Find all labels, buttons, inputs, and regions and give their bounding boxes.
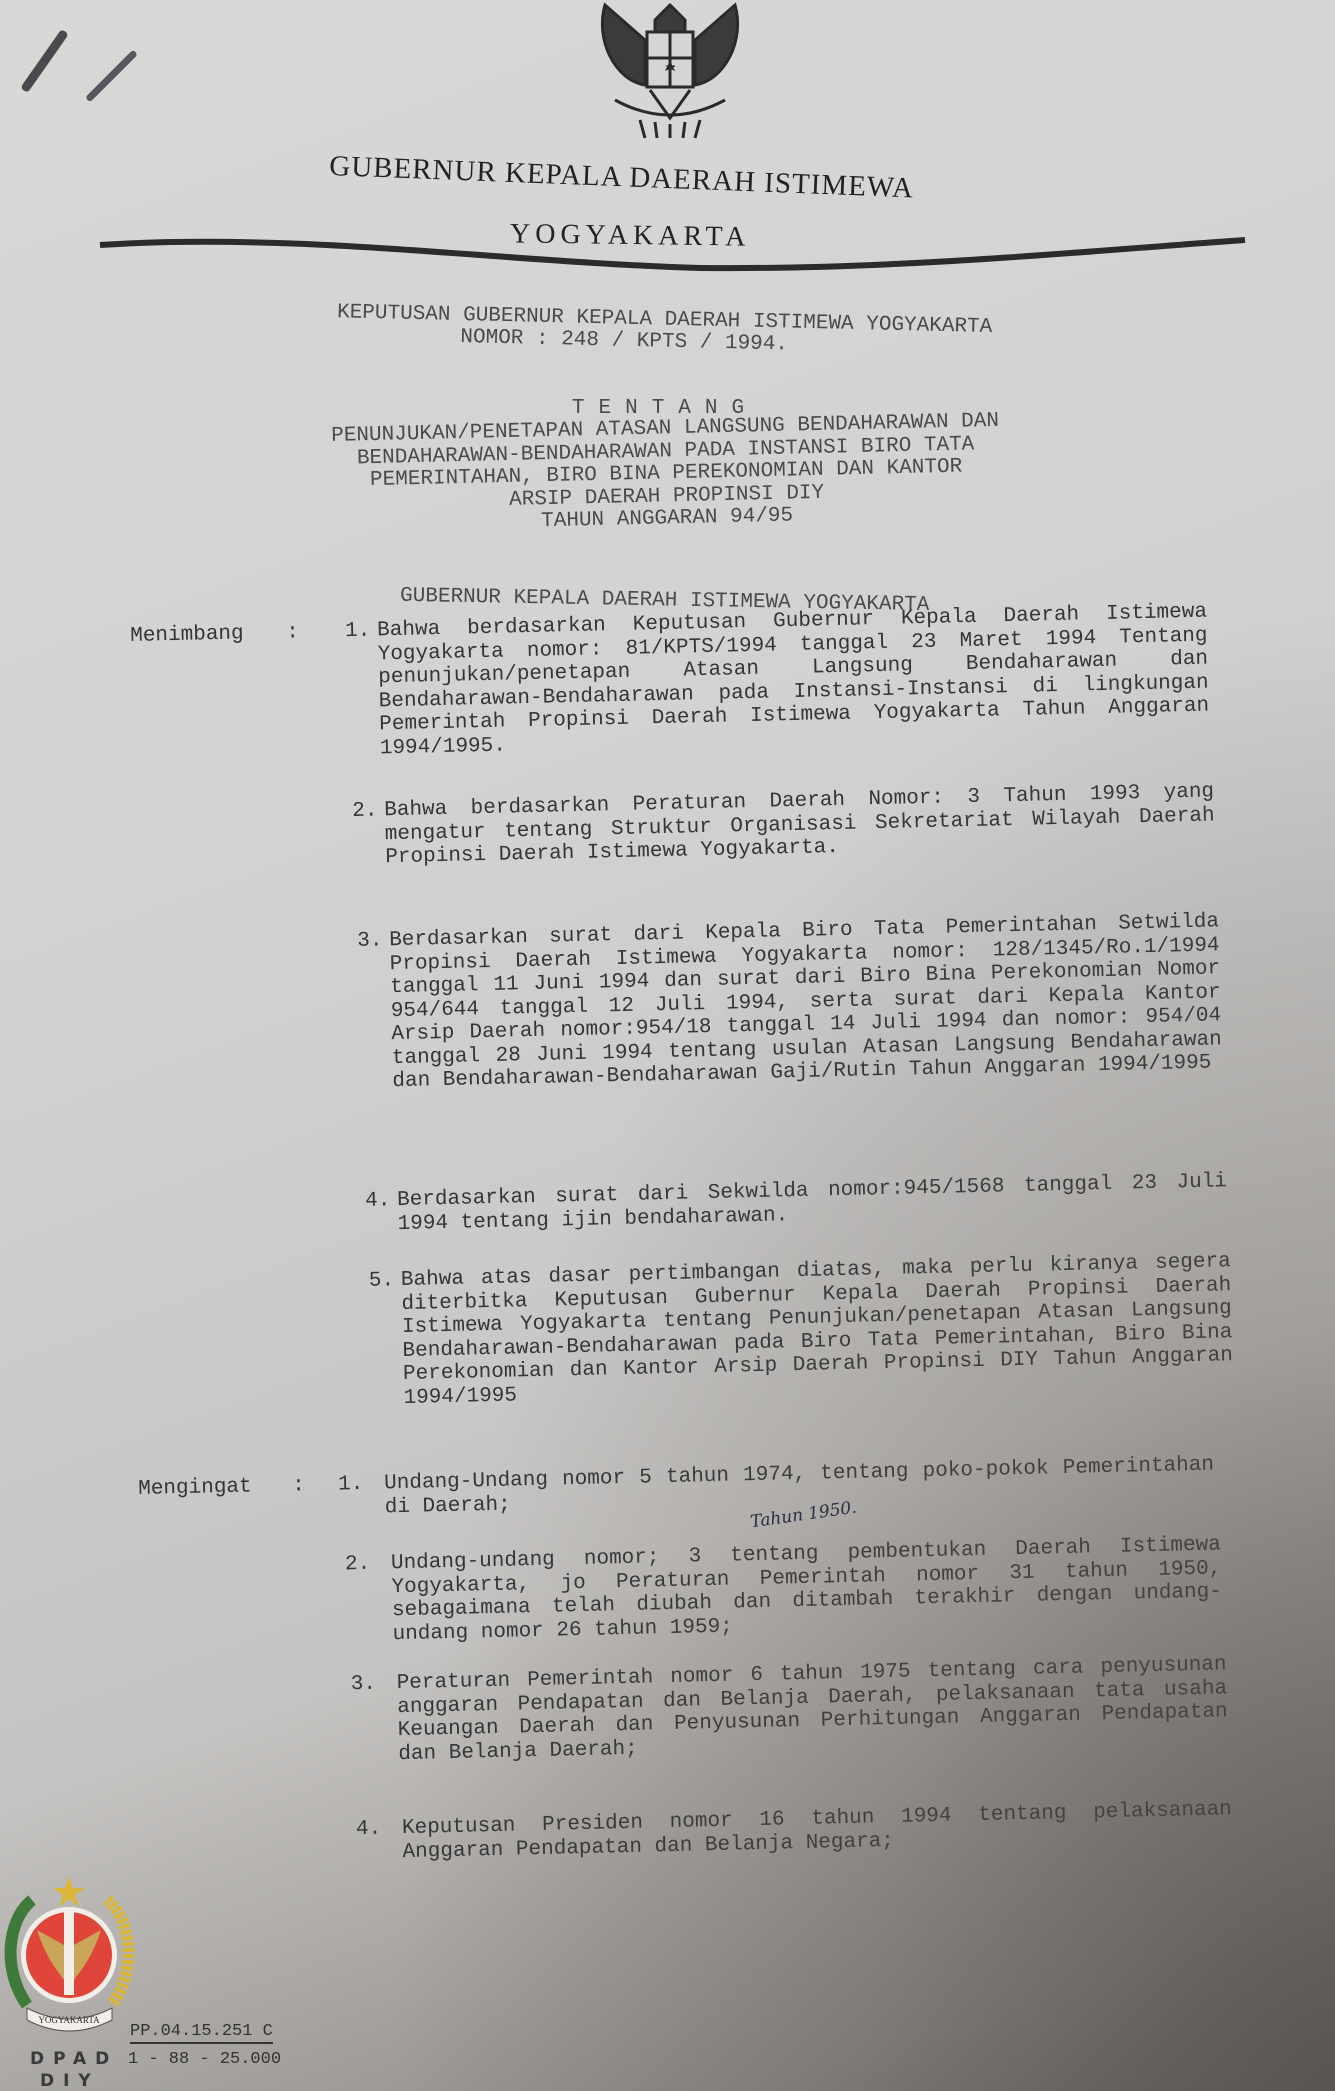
mengingat-item-4: 4. Keputusan Presiden nomor 16 tahun 199… [356, 1799, 1216, 1819]
mengingat-section: Mengingat : 1. Undang-Undang nomor 5 tah… [138, 1453, 1238, 1478]
decree-subject: PENUNJUKAN/PENETAPAN ATASAN LANGSUNG BEN… [240, 409, 1092, 541]
item-number: 1. [338, 1473, 364, 1497]
dpad-seal-icon: YOGYAKARTA [2, 1870, 137, 2050]
item-text: Berdasarkan surat dari Kepala Biro Tata … [389, 910, 1223, 1093]
archive-org-line2: DIY [40, 2070, 118, 2091]
mengingat-item-2: 2. Undang-undang nomor; 3 tentang pemben… [345, 1534, 1205, 1554]
menimbang-colon: : [286, 621, 299, 644]
item-text: Keputusan Presiden nomor 16 tahun 1994 t… [402, 1798, 1233, 1864]
svg-text:YOGYAKARTA: YOGYAKARTA [38, 2015, 100, 2025]
mengingat-item-3: 3. Peraturan Pemerintah nomor 6 tahun 19… [350, 1654, 1210, 1674]
menimbang-item-2: 2. Bahwa berdasarkan Peraturan Daerah No… [352, 780, 1212, 800]
menimbang-item-3: 3. Berdasarkan surat dari Kepala Biro Ta… [357, 910, 1217, 930]
item-number: 2. [352, 799, 378, 823]
menimbang-item-4: 4. Berdasarkan surat dari Sekwilda nomor… [365, 1170, 1225, 1190]
item-number: 1. [345, 620, 371, 644]
item-number: 4. [356, 1818, 382, 1842]
item-text: Berdasarkan surat dari Sekwilda nomor:94… [397, 1170, 1228, 1236]
print-run: 1 - 88 - 25.000 [128, 2050, 281, 2069]
item-number: 3. [357, 929, 383, 953]
form-code: PP.04.15.251 C [130, 2022, 273, 2044]
menimbang-label: Menimbang : [130, 621, 299, 648]
item-number: 2. [345, 1553, 371, 1577]
decree-title: KEPUTUSAN GUBERNUR KEPALA DAERAH ISTIMEW… [239, 300, 1090, 363]
mengingat-label: Mengingat : [138, 1474, 305, 1501]
menimbang-item-5: 5. Bahwa atas dasar pertimbangan diatas,… [369, 1250, 1229, 1270]
item-text: Undang-undang nomor; 3 tentang pembentuk… [391, 1533, 1223, 1646]
mengingat-label-text: Mengingat [138, 1475, 252, 1501]
item-text: Bahwa berdasarkan Keputusan Gubernur Kep… [377, 601, 1210, 761]
item-number: 3. [350, 1673, 376, 1697]
mengingat-colon: : [292, 1474, 305, 1497]
item-number: 5. [369, 1269, 395, 1293]
letterhead-rule [0, 0, 1335, 280]
archive-org-line1: DPAD [30, 2048, 118, 2070]
archive-org-label: DPAD DIY [30, 2048, 118, 2091]
item-text: Bahwa berdasarkan Peraturan Daerah Nomor… [384, 780, 1215, 869]
item-number: 4. [365, 1189, 391, 1213]
item-text: Peraturan Pemerintah nomor 6 tahun 1975 … [396, 1653, 1228, 1766]
menimbang-label-text: Menimbang [130, 622, 244, 648]
item-text: Bahwa atas dasar pertimbangan diatas, ma… [401, 1250, 1234, 1410]
mengingat-item-1: 1. Undang-Undang nomor 5 tahun 1974, ten… [338, 1454, 1198, 1474]
